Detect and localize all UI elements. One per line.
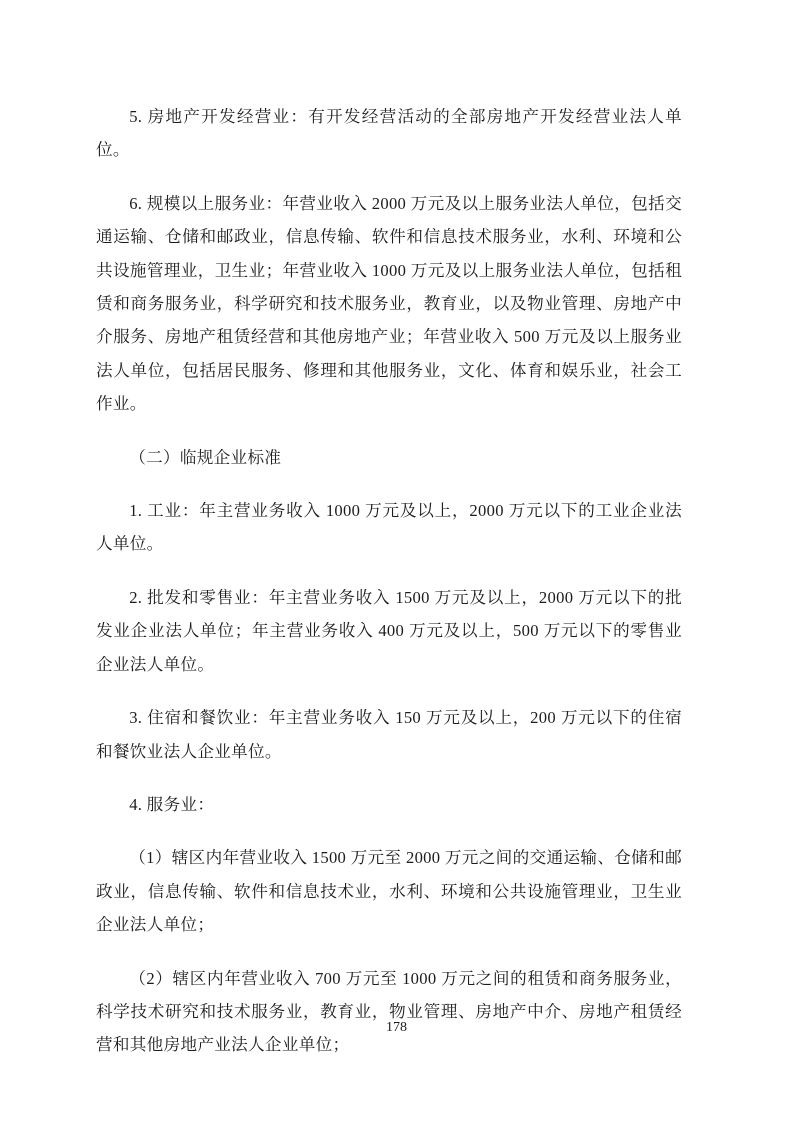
paragraph-services-item-2: （2）辖区内年营业收入 700 万元至 1000 万元之间的租赁和商务服务业，科…	[96, 962, 682, 1062]
document-body: 5. 房地产开发经营业：有开发经营活动的全部房地产开发经营业法人单位。 6. 规…	[96, 100, 682, 1082]
paragraph-services-item-1: （1）辖区内年营业收入 1500 万元至 2000 万元之间的交通运输、仓储和邮…	[96, 841, 682, 941]
paragraph-hotel-catering: 3. 住宿和餐饮业：年主营业务收入 150 万元及以上，200 万元以下的住宿和…	[96, 701, 682, 768]
section-heading-near-scale-standard: （二）临规企业标准	[96, 441, 682, 474]
paragraph-industry: 1. 工业：年主营业务收入 1000 万元及以上，2000 万元以下的工业企业法…	[96, 494, 682, 561]
paragraph-services-label: 4. 服务业：	[96, 788, 682, 821]
paragraph-real-estate-development: 5. 房地产开发经营业：有开发经营活动的全部房地产开发经营业法人单位。	[96, 100, 682, 167]
page-number: 178	[0, 1019, 793, 1037]
document-page: 5. 房地产开发经营业：有开发经营活动的全部房地产开发经营业法人单位。 6. 规…	[0, 0, 793, 1122]
paragraph-wholesale-retail: 2. 批发和零售业：年主营业务收入 1500 万元及以上，2000 万元以下的批…	[96, 581, 682, 681]
paragraph-above-scale-services: 6. 规模以上服务业：年营业收入 2000 万元及以上服务业法人单位，包括交通运…	[96, 187, 682, 421]
